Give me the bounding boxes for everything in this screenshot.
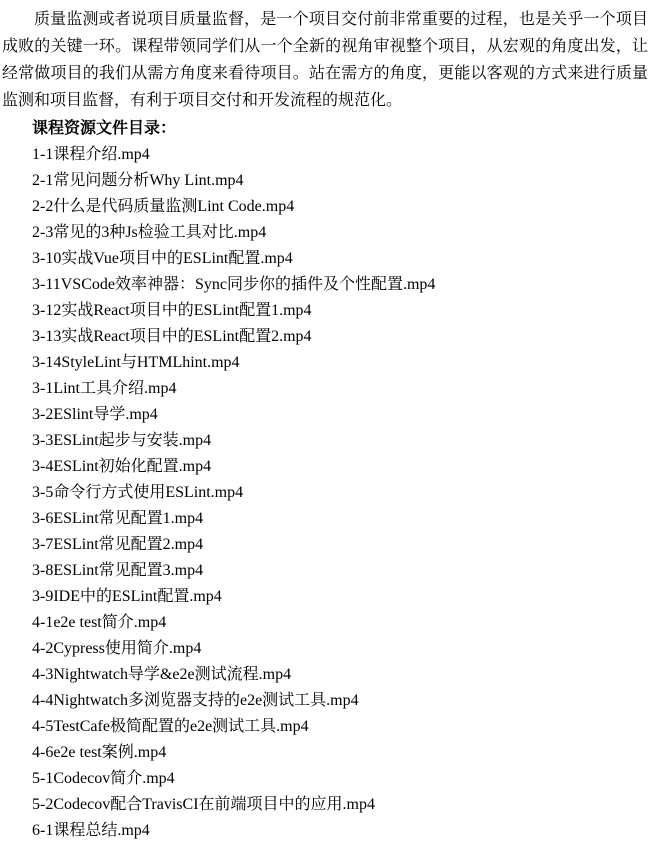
document-page: 质量监测或者说项目质量监督，是一个项目交付前非常重要的过程，也是关乎一个项目成败… <box>0 0 650 848</box>
file-item: 2-2什么是代码质量监测Lint Code.mp4 <box>32 194 648 220</box>
file-item: 5-2Codecov配合TravisCI在前端项目中的应用.mp4 <box>32 792 648 818</box>
file-item: 3-8ESLint常见配置3.mp4 <box>32 558 648 584</box>
file-item: 4-5TestCafe极简配置的e2e测试工具.mp4 <box>32 714 648 740</box>
file-item: 3-12实战React项目中的ESLint配置1.mp4 <box>32 298 648 324</box>
file-list: 1-1课程介绍.mp4 2-1常见问题分析Why Lint.mp4 2-2什么是… <box>32 142 648 844</box>
file-item: 3-6ESLint常见配置1.mp4 <box>32 506 648 532</box>
course-directory: 课程资源文件目录： 1-1课程介绍.mp4 2-1常见问题分析Why Lint.… <box>32 116 648 844</box>
file-item: 3-11VSCode效率神器：Sync同步你的插件及个性配置.mp4 <box>32 272 648 298</box>
file-item: 2-3常见的3种Js检验工具对比.mp4 <box>32 220 648 246</box>
file-item: 3-1Lint工具介绍.mp4 <box>32 376 648 402</box>
file-item: 4-4Nightwatch多浏览器支持的e2e测试工具.mp4 <box>32 688 648 714</box>
file-item: 1-1课程介绍.mp4 <box>32 142 648 168</box>
file-item: 3-2ESlint导学.mp4 <box>32 402 648 428</box>
file-item: 3-3ESLint起步与安装.mp4 <box>32 428 648 454</box>
file-item: 5-1Codecov简介.mp4 <box>32 766 648 792</box>
file-item: 3-7ESLint常见配置2.mp4 <box>32 532 648 558</box>
file-item: 4-6e2e test案例.mp4 <box>32 740 648 766</box>
file-item: 3-13实战React项目中的ESLint配置2.mp4 <box>32 324 648 350</box>
directory-heading: 课程资源文件目录： <box>32 116 648 142</box>
file-item: 3-10实战Vue项目中的ESLint配置.mp4 <box>32 246 648 272</box>
file-item: 3-14StyleLint与HTMLhint.mp4 <box>32 350 648 376</box>
file-item: 4-1e2e test简介.mp4 <box>32 610 648 636</box>
intro-paragraph: 质量监测或者说项目质量监督，是一个项目交付前非常重要的过程，也是关乎一个项目成败… <box>2 6 648 114</box>
file-item: 3-9IDE中的ESLint配置.mp4 <box>32 584 648 610</box>
file-item: 3-4ESLint初始化配置.mp4 <box>32 454 648 480</box>
file-item: 4-3Nightwatch导学&e2e测试流程.mp4 <box>32 662 648 688</box>
file-item: 6-1课程总结.mp4 <box>32 818 648 844</box>
file-item: 3-5命令行方式使用ESLint.mp4 <box>32 480 648 506</box>
file-item: 2-1常见问题分析Why Lint.mp4 <box>32 168 648 194</box>
file-item: 4-2Cypress使用简介.mp4 <box>32 636 648 662</box>
